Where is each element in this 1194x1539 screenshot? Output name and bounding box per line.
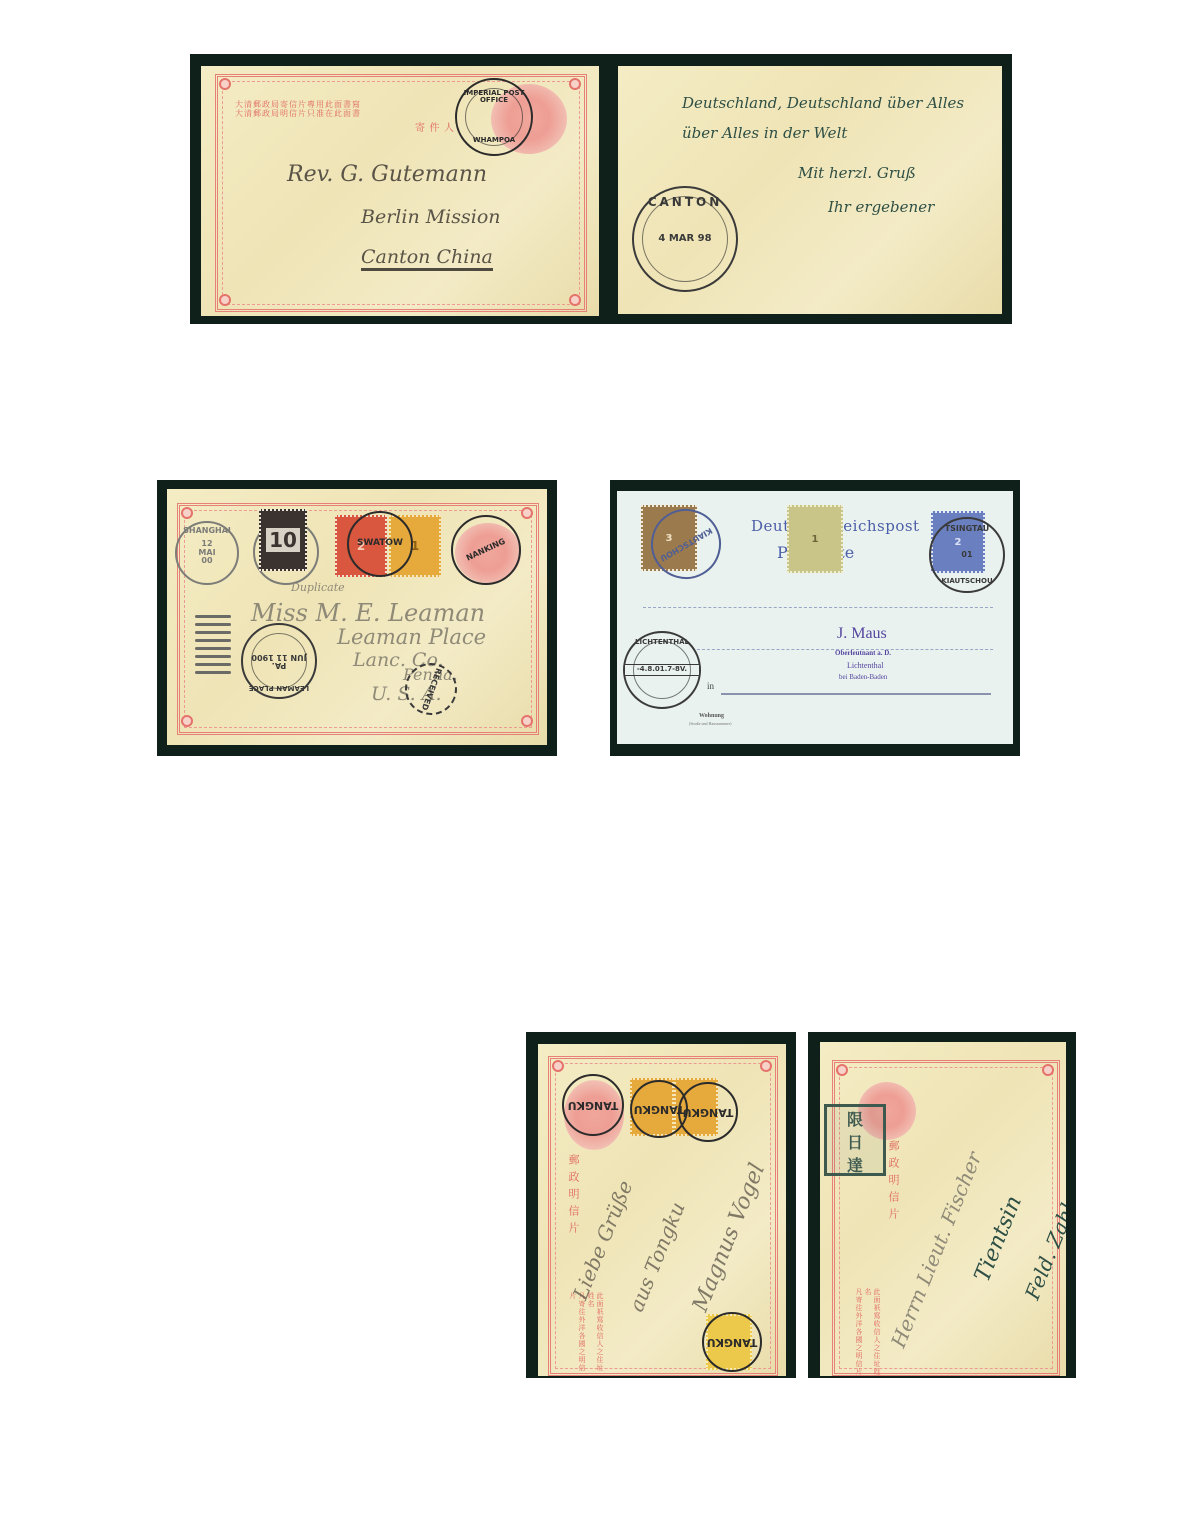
recipient-name: J. Maus bbox=[837, 625, 887, 643]
postmark-tangku-3: TANGKU bbox=[678, 1082, 738, 1142]
corner-ornament bbox=[569, 294, 581, 306]
cancel-bars bbox=[195, 615, 231, 679]
postmark-tsingtau-right: TSINGTAU 01 KIAUTSCHOU bbox=[929, 517, 1005, 593]
postmark-whampoa: IMPERIAL POST OFFICE WHAMPOA bbox=[455, 78, 533, 156]
recipient-locality: bei Baden-Baden bbox=[839, 673, 887, 681]
postmark-swatow: SWATOW bbox=[347, 511, 413, 577]
postmark-tangku-1: TANGKU bbox=[562, 1074, 624, 1136]
address-duplicate: Duplicate bbox=[291, 581, 345, 594]
postmark-leaman-place: LEAMAN PLACE PA. JUN 11 1900 bbox=[241, 623, 317, 699]
postmark-shanghai: SHANGHAI 12 MAI 00 bbox=[175, 521, 239, 585]
recipient-title: Oberleutnant a. D. bbox=[835, 649, 891, 657]
postmark-tangku-4: TANGKU bbox=[702, 1312, 762, 1372]
corner-ornament bbox=[1042, 1064, 1054, 1076]
in-field-rule bbox=[721, 693, 991, 695]
chinese-card-title: 郵政明信片 bbox=[888, 1140, 897, 1225]
corner-ornament bbox=[219, 294, 231, 306]
wohnung-label: Wohnung bbox=[699, 713, 724, 719]
chinese-notice-text: 此面祇寫收信人之住址姓名凡寄往外洋各國之明信片 bbox=[854, 1288, 881, 1376]
box-handstamp: 限 日 達 bbox=[824, 1104, 886, 1176]
corner-ornament bbox=[569, 78, 581, 90]
postcard-tientsin: 限 日 達 郵政明信片 此面祇寫收信人之住址姓名凡寄往外洋各國之明信片 Herr… bbox=[820, 1042, 1066, 1376]
address-line-2: Leaman Place bbox=[337, 625, 486, 649]
wohnung-sublabel: (Straße und Hausnummer) bbox=[689, 721, 731, 726]
corner-ornament bbox=[521, 715, 533, 727]
stamp-china-1c: 1 bbox=[787, 505, 843, 573]
chinese-notice-text: 此面祇寫收信人之住址姓名凡寄往外洋各國之明信片 bbox=[568, 1292, 604, 1376]
postcard-canton-back: Deutschland, Deutschland über Alles über… bbox=[618, 66, 1002, 314]
corner-ornament bbox=[181, 507, 193, 519]
chinese-card-title: 郵政明信片 bbox=[568, 1154, 577, 1239]
corner-ornament bbox=[521, 507, 533, 519]
message-signature: Ihr ergebener bbox=[828, 198, 934, 216]
postcard-kiautschou: Deutsche Reichspost Postkarte 3 KIAUTSCH… bbox=[617, 491, 1013, 744]
corner-ornament bbox=[836, 1064, 848, 1076]
chinese-center-text: 寄 件 人 bbox=[415, 124, 455, 133]
message-line-2: über Alles in der Welt bbox=[682, 124, 847, 142]
postcard-whampoa-front: 大清郵政局寄信片專用此面書寫大清郵政局明信片只准在此面書 寄 件 人 IMPER… bbox=[201, 66, 599, 316]
corner-ornament bbox=[219, 78, 231, 90]
address-line-3: Canton China bbox=[361, 246, 493, 271]
address-line-rule bbox=[643, 607, 993, 608]
postmark-nanking: NANKING bbox=[451, 515, 521, 585]
corner-ornament bbox=[760, 1060, 772, 1072]
recipient-city: Lichtenthal bbox=[847, 661, 883, 670]
stamp-france-10c: 10 bbox=[259, 509, 307, 571]
corner-ornament bbox=[181, 715, 193, 727]
chinese-heading-text: 大清郵政局寄信片專用此面書寫大清郵政局明信片只准在此面書 bbox=[235, 100, 361, 118]
postcard-tangku: TANGKU TANGKU TANGKU 郵政明信片 此面祇寫收信人之住址姓名凡… bbox=[538, 1044, 786, 1376]
in-label: in bbox=[707, 681, 714, 691]
message-line-3: Mit herzl. Gruß bbox=[798, 164, 916, 182]
corner-ornament bbox=[552, 1060, 564, 1072]
message-line-1: Deutschland, Deutschland über Alles bbox=[682, 94, 964, 112]
postmark-lichtenthal: LICHTENTHAL -4.8.01.7-8V. bbox=[623, 631, 701, 709]
address-line-2: Berlin Mission bbox=[361, 206, 501, 228]
postmark-canton: CANTON 4 MAR 98 bbox=[632, 186, 738, 292]
address-line-1: Rev. G. Gutemann bbox=[287, 162, 487, 187]
postcard-shanghai-leaman: SHANGHAI 12 MAI 00 10 2 1 SWATOW NANKING… bbox=[167, 489, 547, 745]
